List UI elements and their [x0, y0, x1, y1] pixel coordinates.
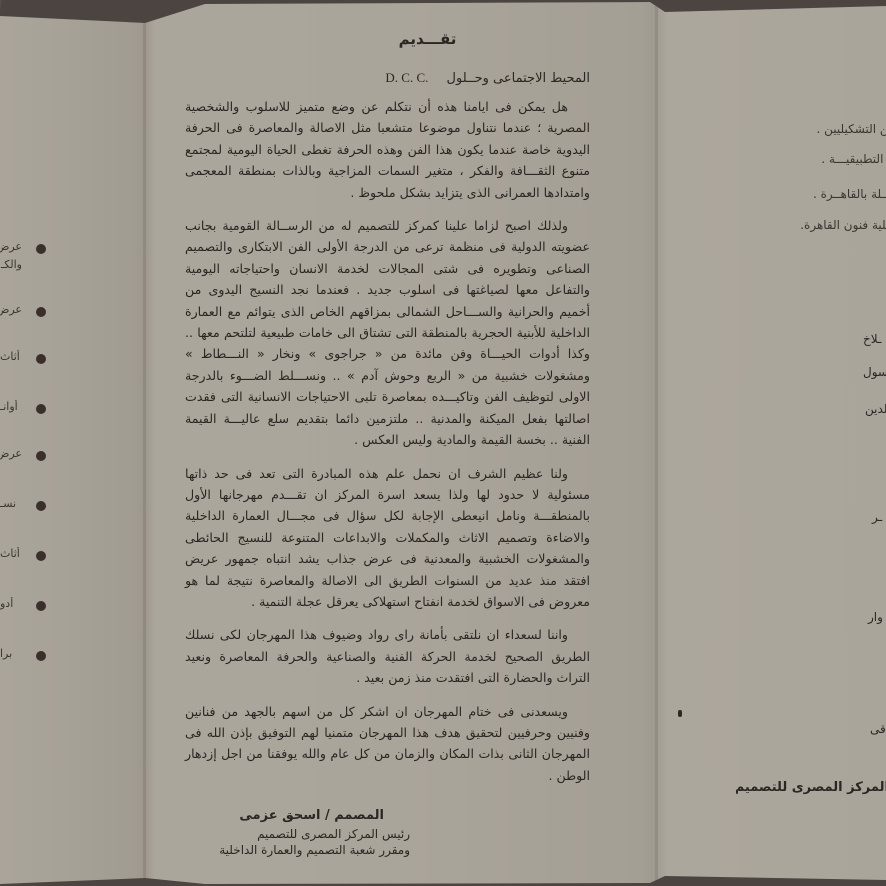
- bullet-text: أثاث: [0, 350, 22, 363]
- text-fragment: ـسول: [863, 365, 886, 379]
- bullet-item: عرض والكـ: [0, 240, 60, 260]
- bullet-dot-icon: [36, 551, 46, 561]
- bullet-dot-icon: [36, 501, 46, 511]
- text-fragment: وار: [868, 610, 883, 624]
- paragraph: ولنا عظيم الشرف ان نحمل علم هذه المبادرة…: [185, 463, 590, 613]
- paragraph: ولذلك اصبح لزاما علينا كمركز للتصميم له …: [185, 215, 590, 450]
- credit-line: كلية الفنـون التطبيقيـــة .: [821, 152, 886, 166]
- right-panel: ـب الفنـــانين التشكيليين . كلية الفنـون…: [700, 112, 886, 812]
- bullet-dot-icon: [36, 307, 46, 317]
- bullet-item: أثاث: [0, 547, 60, 567]
- ink-mark: [678, 710, 682, 717]
- text-fragment: ـلاخ: [863, 332, 881, 346]
- bullet-item: نسـ: [0, 497, 60, 517]
- bullet-item: عرض: [0, 303, 60, 323]
- bullet-dot-icon: [36, 651, 46, 661]
- credit-line: ـب الفنـــانين التشكيليين .: [817, 122, 886, 136]
- bullet-item: أدو: [0, 597, 60, 617]
- bullet-dot-icon: [36, 244, 46, 254]
- bullet-text: عرض: [0, 447, 22, 460]
- page-title: تقـــديم: [185, 30, 670, 48]
- text-fragment: ـر: [872, 510, 882, 524]
- bullet-text: أوانـ: [0, 400, 22, 413]
- bullet-dot-icon: [36, 404, 46, 414]
- bullet-item: أثاث: [0, 350, 60, 370]
- bullet-item: عرض: [0, 447, 60, 467]
- subtitle: المحيط الاجتماعى وحــلول D. C. C.: [185, 70, 590, 86]
- bullet-text: عرض: [0, 240, 22, 253]
- bullet-text: أثاث: [0, 547, 22, 560]
- subtitle-latin: D. C. C.: [385, 70, 428, 85]
- signature-block: المصمم / اسحق عزمى رئيس المركز المصرى لل…: [185, 808, 410, 858]
- bullet-dot-icon: [36, 451, 46, 461]
- bullet-text: برا: [0, 647, 22, 660]
- fold-crease-left: [143, 0, 146, 886]
- credit-line: لعمارة الداخلية فنون القاهرة.: [800, 218, 886, 232]
- text-fragment: لدين: [865, 402, 886, 416]
- signature-title-1: رئيس المركز المصرى للتصميم: [185, 826, 410, 842]
- paragraph: واننا لسعداء ان نلتقى بأمانة راى رواد وض…: [185, 624, 590, 688]
- signature-title-2: ومقرر شعبة التصميم والعمارة الداخلية: [185, 842, 410, 858]
- bullet-text: عرض: [0, 303, 22, 316]
- text-fragment: قى: [870, 722, 886, 736]
- organization-credit: سرة المركز المصرى للتصميم: [736, 780, 886, 795]
- credit-line: لفنون الجميــلة بالقاهــرة .: [813, 187, 886, 201]
- bullet-item: أوانـ: [0, 400, 60, 420]
- fold-crease-right: [655, 0, 658, 886]
- signature-name: المصمم / اسحق عزمى: [185, 808, 384, 824]
- bullet-text: نسـ: [0, 497, 22, 510]
- brochure-sheet: عرض والكـ عرض أثاث أوانـ عرض نسـ أثاث: [0, 0, 886, 886]
- bullet-dot-icon: [36, 601, 46, 611]
- paragraph: ويسعدنى فى ختام المهرجان ان اشكر كل من ا…: [185, 701, 590, 787]
- left-panel: عرض والكـ عرض أثاث أوانـ عرض نسـ أثاث: [0, 0, 60, 886]
- bullet-text: أدو: [0, 597, 22, 610]
- paragraph: هل يمكن فى ايامنا هذه أن نتكلم عن وضع مت…: [185, 96, 590, 203]
- bullet-item: برا: [0, 647, 60, 667]
- bullet-text-continued: والكـ: [0, 258, 22, 271]
- right-footer: سرة المركز المصرى للتصميم: [736, 780, 886, 795]
- bullet-dot-icon: [36, 354, 46, 364]
- subtitle-arabic: المحيط الاجتماعى وحــلول: [447, 71, 590, 86]
- center-panel: تقـــديم المحيط الاجتماعى وحــلول D. C. …: [185, 30, 590, 858]
